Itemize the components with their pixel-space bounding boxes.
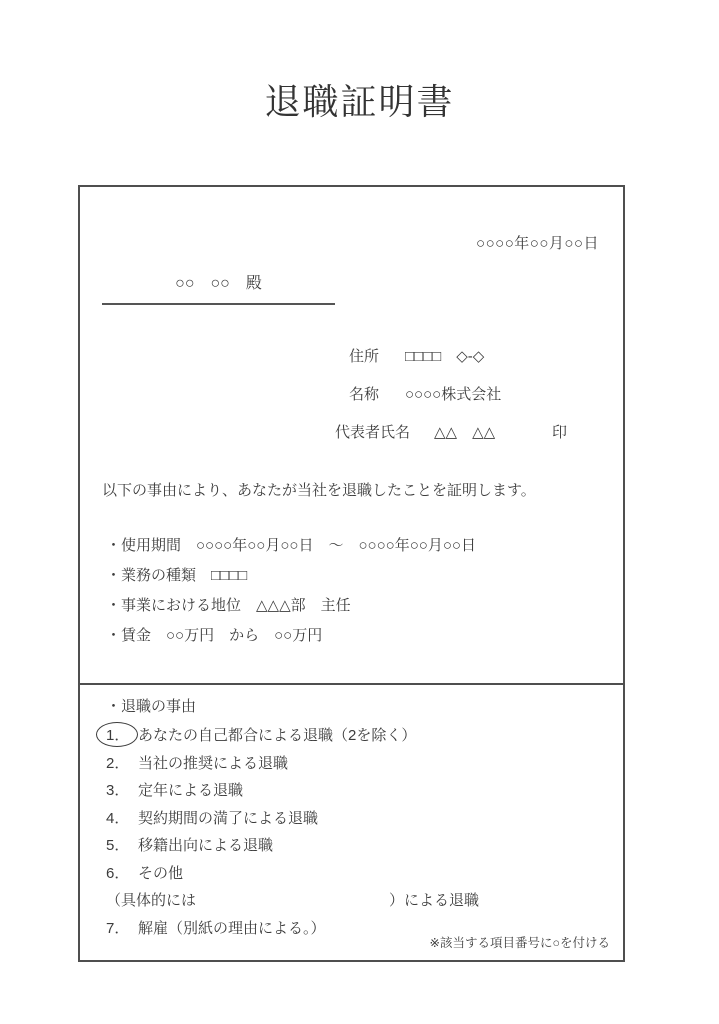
employment-details: ・使用期間 ○○○○年○○月○○日 ～ ○○○○年○○月○○日 ・業務の種類 □… <box>106 531 476 651</box>
detail-position: ・事業における地位 △△△部 主任 <box>106 591 476 621</box>
detail-employment-period: ・使用期間 ○○○○年○○月○○日 ～ ○○○○年○○月○○日 <box>106 531 476 561</box>
reason-7-text: 解雇（別紙の理由による。） <box>138 917 326 938</box>
reason-3-text: 定年による退職 <box>138 779 243 800</box>
reason-6-text: その他 <box>138 862 183 883</box>
reason-5-text: 移籍出向による退職 <box>138 834 273 855</box>
detail-business-type: ・業務の種類 □□□□ <box>106 561 476 591</box>
section-divider <box>80 683 623 685</box>
reason-7-number: 7． <box>106 917 138 938</box>
issue-date: ○○○○年○○月○○日 <box>476 232 599 253</box>
footnote: ※該当する項目番号に○を付ける <box>429 933 610 951</box>
address-value: □□□□ ◇-◇ <box>405 345 484 366</box>
representative-label: 代表者氏名 <box>335 421 410 442</box>
issuer-company-row: 名称 ○○○○株式会社 <box>335 373 615 411</box>
reasons-heading: ・退職の事由 <box>106 695 196 716</box>
reason-2-number: 2． <box>106 752 138 773</box>
company-label: 名称 <box>349 383 379 404</box>
addressee-line: ○○ ○○ 殿 <box>102 270 335 305</box>
document-title: 退職証明書 <box>0 74 719 125</box>
reason-item-5: 5． 移籍出向による退職 <box>106 831 609 859</box>
detail-wage: ・賃金 ○○万円 から ○○万円 <box>106 621 476 651</box>
reason-5-number: 5． <box>106 834 138 855</box>
reason-2-text: 当社の推奨による退職 <box>138 752 288 773</box>
reason-item-4: 4． 契約期間の満了による退職 <box>106 804 609 832</box>
reason-6-number: 6． <box>106 862 138 883</box>
certificate-frame: ○○○○年○○月○○日 ○○ ○○ 殿 住所 □□□□ ◇-◇ 名称 ○○○○株… <box>78 185 625 962</box>
reason-item-1: 1． あなたの自己都合による退職（2を除く） <box>106 721 609 749</box>
company-value: ○○○○株式会社 <box>405 383 501 404</box>
issuer-address-row: 住所 □□□□ ◇-◇ <box>335 335 615 373</box>
reason-4-number: 4． <box>106 807 138 828</box>
reason-item-2: 2． 当社の推奨による退職 <box>106 749 609 777</box>
reason-item-6: 6． その他 <box>106 859 609 887</box>
reason-1-number: 1． <box>106 724 138 745</box>
reasons-list: 1． あなたの自己都合による退職（2を除く） 2． 当社の推奨による退職 3． … <box>106 721 609 941</box>
specifics-suffix: ）による退職 <box>389 889 479 910</box>
issuer-representative-row: 代表者氏名 △△ △△ 印 <box>335 411 615 449</box>
reason-item-3: 3． 定年による退職 <box>106 776 609 804</box>
issuer-block: 住所 □□□□ ◇-◇ 名称 ○○○○株式会社 代表者氏名 △△ △△ 印 <box>335 335 615 449</box>
document-page: 退職証明書 ○○○○年○○月○○日 ○○ ○○ 殿 住所 □□□□ ◇-◇ 名称… <box>0 0 719 1024</box>
certification-statement: 以下の事由により、あなたが当社を退職したことを証明します。 <box>102 479 536 500</box>
reason-1-text: あなたの自己都合による退職（2を除く） <box>138 724 416 745</box>
representative-value: △△ △△ <box>434 421 495 442</box>
reason-specifics-line: （具体的には ）による退職 <box>106 886 609 914</box>
specifics-prefix: （具体的には <box>106 889 196 910</box>
reason-3-number: 3． <box>106 779 138 800</box>
reason-4-text: 契約期間の満了による退職 <box>138 807 318 828</box>
seal-mark: 印 <box>552 421 567 442</box>
address-label: 住所 <box>349 345 379 366</box>
